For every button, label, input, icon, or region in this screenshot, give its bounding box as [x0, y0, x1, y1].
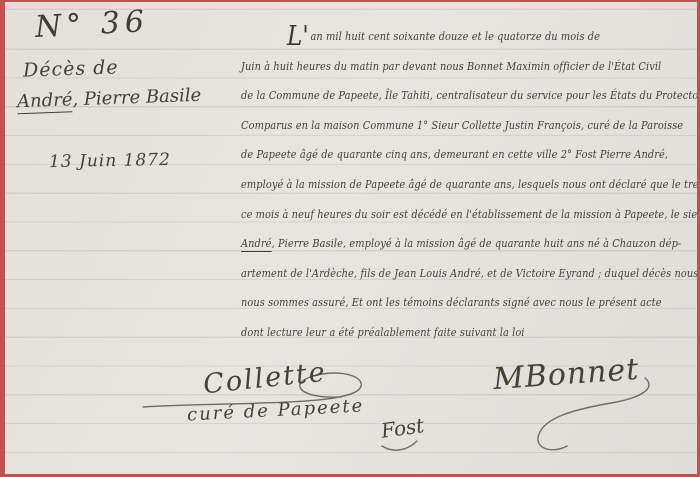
body-line-8: André, Pierre Basile, employé à la missi… — [241, 229, 698, 259]
margin-date: 13 Juin 1872 — [49, 150, 171, 172]
act-body-text: L'an mil huit cent soixante douze et le … — [241, 22, 698, 348]
body-line-1: L'an mil huit cent soixante douze et le … — [241, 22, 698, 52]
deceased-surname-underlined: André — [17, 89, 73, 114]
margin-deceased-name: André, Pierre Basile — [17, 85, 202, 112]
body-line-2: Juin à huit heures du matin par devant n… — [241, 52, 698, 82]
act-number: N° 36 — [34, 4, 150, 45]
body-line-5: de Papeete âgé de quarante cinq ans, dem… — [241, 140, 698, 170]
signature-cure-title: curé de Papeete — [187, 395, 365, 425]
body-line-1-text: an mil huit cent soixante douze et le qu… — [310, 29, 600, 43]
body-line-11: dont lecture leur a été préalablement fa… — [241, 318, 698, 348]
signature-cure: Collette — [202, 357, 328, 401]
margin-deces-label: Décès de — [23, 56, 119, 81]
body-line-4: Comparus en la maison Commune 1° Sieur C… — [241, 111, 698, 141]
body-line-6: employé à la mission de Papeete âgé de q… — [241, 170, 698, 200]
body-line-7: ce mois à neuf heures du soir est décédé… — [241, 200, 698, 230]
body-line-3: de la Commune de Papeete, Île Tahiti, ce… — [241, 81, 698, 111]
signature-officer: MBonnet — [492, 352, 640, 397]
death-record-scan: N° 36 Décès de André, Pierre Basile 13 J… — [0, 0, 700, 477]
body-line-9: artement de l'Ardèche, fils de Jean Loui… — [241, 259, 698, 289]
body-line-8-text: , Pierre Basile, employé à la mission âg… — [272, 236, 682, 250]
body-line-10: nous sommes assuré, Et ont les témoins d… — [241, 288, 698, 318]
deceased-firstnames: , Pierre Basile — [72, 85, 202, 110]
signature-witness: Fost — [380, 413, 426, 443]
witness-signature-flourish — [382, 441, 417, 450]
deceased-surname-underlined-body: André — [241, 236, 272, 252]
drop-cap: L' — [287, 21, 309, 52]
